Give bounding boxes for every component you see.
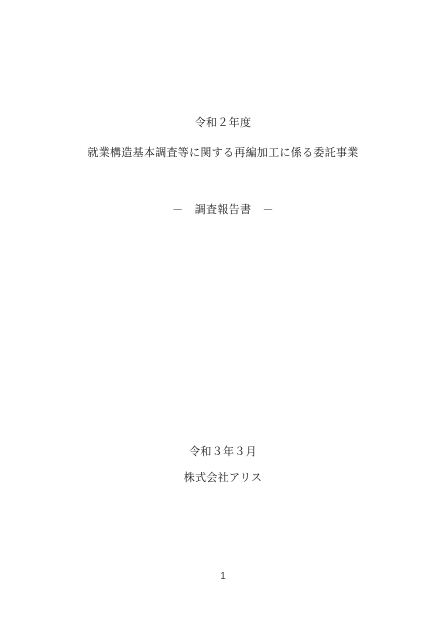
report-subtitle: － 調査報告書 － — [0, 204, 446, 217]
document-page: 令和２年度 就業構造基本調査等に関する再編加工に係る委託事業 － 調査報告書 －… — [0, 0, 446, 630]
company-name: 株式会社アリス — [0, 472, 446, 485]
report-title: 就業構造基本調査等に関する再編加工に係る委託事業 — [0, 147, 446, 160]
publication-date: 令和３年３月 — [0, 446, 446, 459]
fiscal-year-label: 令和２年度 — [0, 117, 446, 130]
page-number: 1 — [0, 571, 446, 583]
